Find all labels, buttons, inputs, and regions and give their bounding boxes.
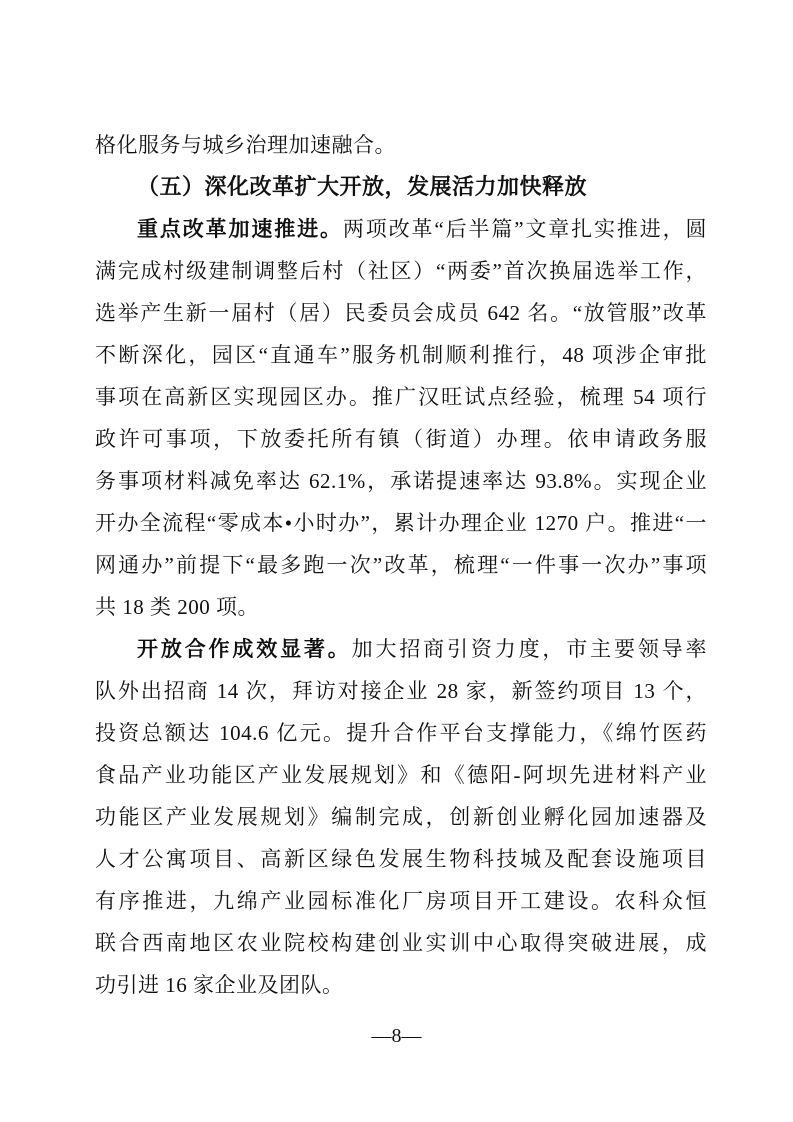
line-text: 加大招商引资力度，市主要领导率 (352, 637, 707, 661)
line-text: （五）深化改革扩大开放，发展活力加快释放 (137, 174, 587, 199)
section-heading: （五）深化改革扩大开放，发展活力加快释放 (95, 166, 707, 208)
text-line: 食品产业功能区产业发展规划》和《德阳-阿坝先进材料产业 (95, 754, 707, 796)
line-text: 人才公寓项目、高新区绿色发展生物科技城及配套设施项目 (95, 847, 707, 871)
line-text: 功能区产业发展规划》编制完成，创新创业孵化园加速器及 (95, 805, 707, 829)
line-text: 队外出招商 14 次，拜访对接企业 28 家，新签约项目 13 个， (95, 679, 707, 703)
line-text: 选举产生新一届村（居）民委员会成员 642 名。“放管服”改革 (95, 301, 707, 325)
line-text: 务事项材料减免率达 62.1%，承诺提速率达 93.8%。实现企业 (95, 469, 707, 493)
line-text: 网通办”前提下“最多跑一次”改革，梳理“一件事一次办”事项 (95, 553, 707, 577)
text-line: 不断深化，园区“直通车”服务机制顺利推行，48 项涉企审批 (95, 334, 707, 376)
document-page: 格化服务与城乡治理加速融合。（五）深化改革扩大开放，发展活力加快释放重点改革加速… (0, 0, 793, 1122)
text-line: 功引进 16 家企业及团队。 (95, 964, 707, 1006)
text-line: 务事项材料减免率达 62.1%，承诺提速率达 93.8%。实现企业 (95, 460, 707, 502)
bold-lead: 重点改革加速推进。 (137, 217, 343, 241)
text-line: 事项在高新区实现园区办。推广汉旺试点经验，梳理 54 项行 (95, 376, 707, 418)
text-line: 联合西南地区农业院校构建创业实训中心取得突破进展，成 (95, 922, 707, 964)
line-text: 联合西南地区农业院校构建创业实训中心取得突破进展，成 (95, 931, 707, 955)
text-line: 人才公寓项目、高新区绿色发展生物科技城及配套设施项目 (95, 838, 707, 880)
line-text: 开办全流程“零成本•小时办”，累计办理企业 1270 户。推进“一 (95, 511, 707, 535)
text-line: 选举产生新一届村（居）民委员会成员 642 名。“放管服”改革 (95, 292, 707, 334)
text-line: 投资总额达 104.6 亿元。提升合作平台支撑能力，《绵竹医药 (95, 712, 707, 754)
line-text: 事项在高新区实现园区办。推广汉旺试点经验，梳理 54 项行 (95, 385, 707, 409)
text-block: 格化服务与城乡治理加速融合。（五）深化改革扩大开放，发展活力加快释放重点改革加速… (95, 124, 707, 1006)
line-text: 两项改革“后半篇”文章扎实推进，圆 (343, 217, 707, 241)
line-text: 政许可事项，下放委托所有镇（街道）办理。依申请政务服 (95, 427, 707, 451)
text-line: 开放合作成效显著。加大招商引资力度，市主要领导率 (95, 628, 707, 670)
text-line: 共 18 类 200 项。 (95, 586, 707, 628)
line-text: 有序推进，九绵产业园标准化厂房项目开工建设。农科众恒 (95, 889, 707, 913)
text-line: 满完成村级建制调整后村（社区）“两委”首次换届选举工作， (95, 250, 707, 292)
text-line: 重点改革加速推进。两项改革“后半篇”文章扎实推进，圆 (95, 208, 707, 250)
line-text: 满完成村级建制调整后村（社区）“两委”首次换届选举工作， (95, 259, 707, 283)
bold-lead: 开放合作成效显著。 (137, 637, 352, 661)
text-line: 格化服务与城乡治理加速融合。 (95, 124, 707, 166)
line-text: 投资总额达 104.6 亿元。提升合作平台支撑能力，《绵竹医药 (95, 721, 707, 745)
line-text: 食品产业功能区产业发展规划》和《德阳-阿坝先进材料产业 (95, 763, 707, 787)
line-text: 不断深化，园区“直通车”服务机制顺利推行，48 项涉企审批 (95, 343, 707, 367)
text-line: 开办全流程“零成本•小时办”，累计办理企业 1270 户。推进“一 (95, 502, 707, 544)
line-text: 功引进 16 家企业及团队。 (95, 973, 344, 997)
line-text: 格化服务与城乡治理加速融合。 (95, 133, 396, 157)
text-line: 政许可事项，下放委托所有镇（街道）办理。依申请政务服 (95, 418, 707, 460)
text-line: 网通办”前提下“最多跑一次”改革，梳理“一件事一次办”事项 (95, 544, 707, 586)
text-line: 有序推进，九绵产业园标准化厂房项目开工建设。农科众恒 (95, 880, 707, 922)
line-text: 共 18 类 200 项。 (95, 595, 259, 619)
text-line: 功能区产业发展规划》编制完成，创新创业孵化园加速器及 (95, 796, 707, 838)
page-number: —8— (0, 1022, 793, 1050)
text-line: 队外出招商 14 次，拜访对接企业 28 家，新签约项目 13 个， (95, 670, 707, 712)
